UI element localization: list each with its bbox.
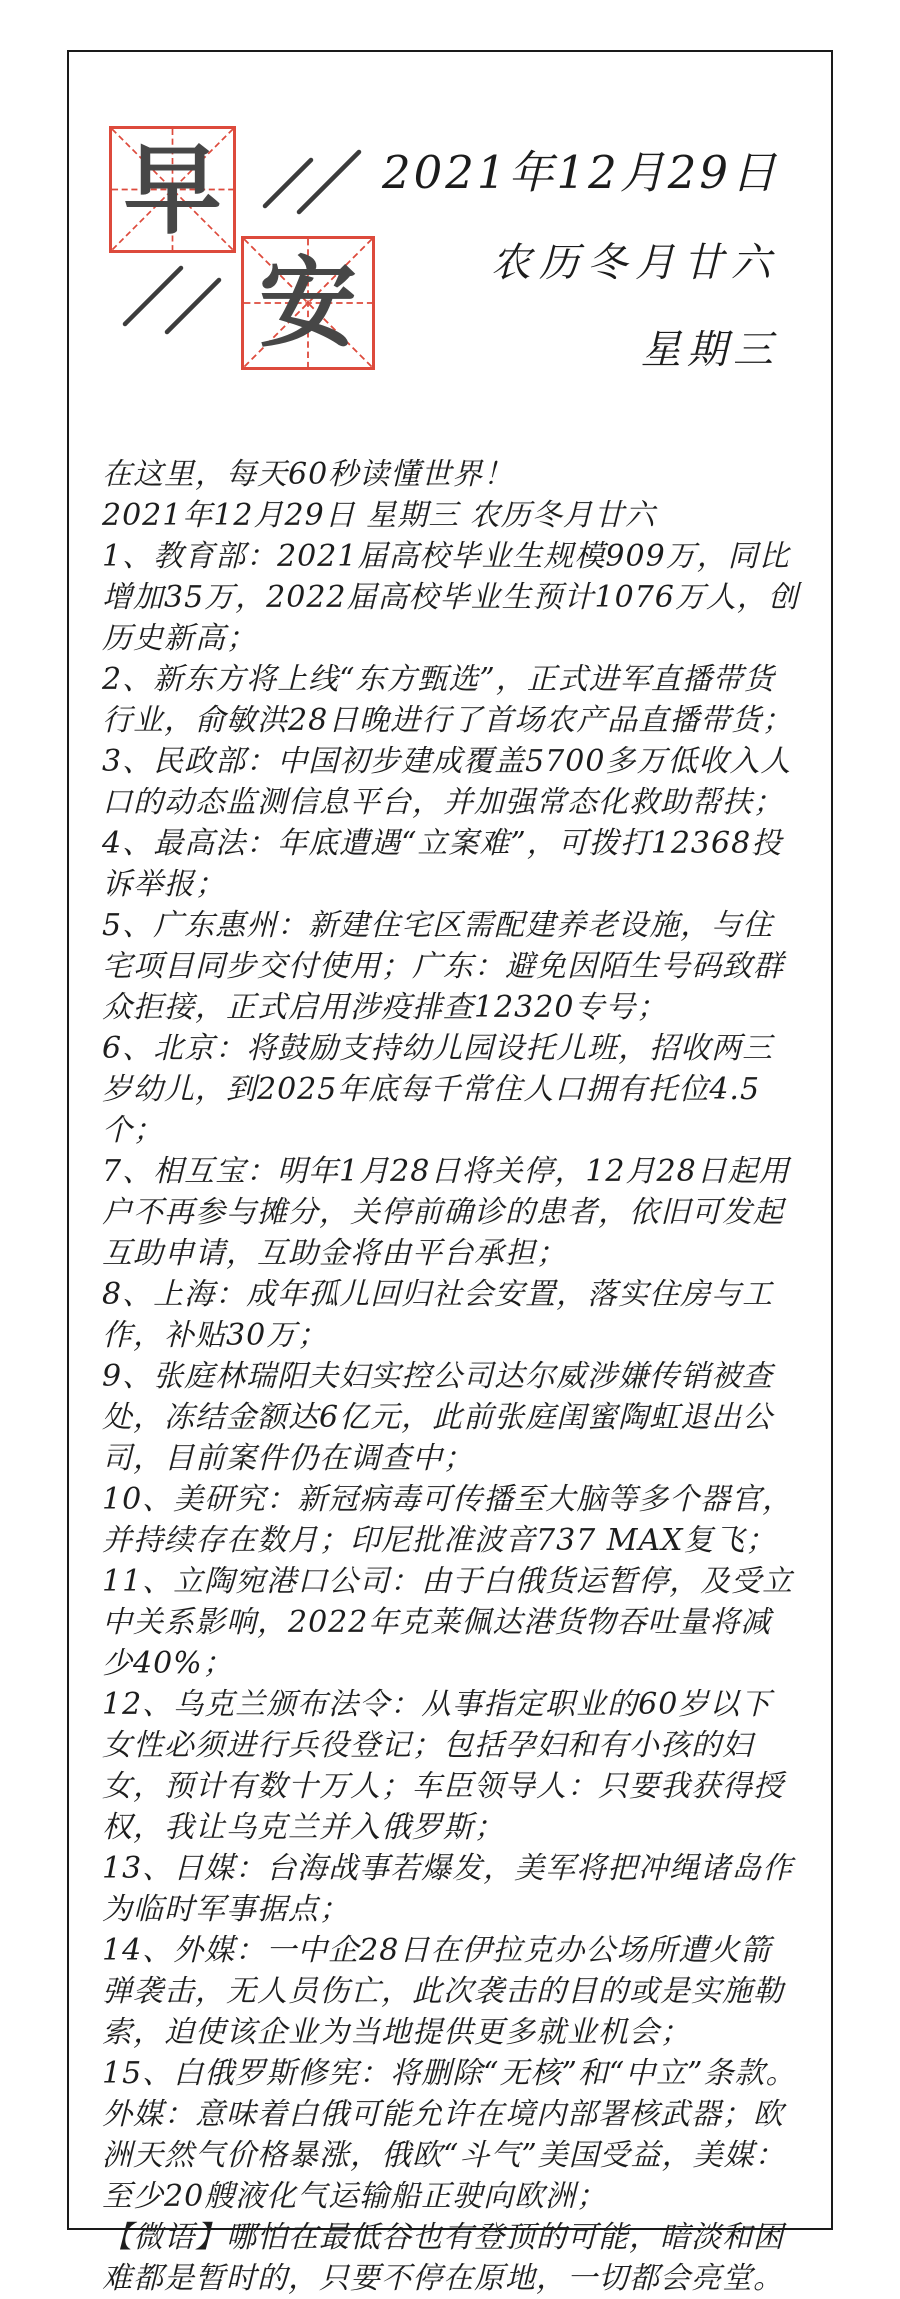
news-item: 9、张庭林瑞阳夫妇实控公司达尔威涉嫌传销被查处，冻结金额达6亿元，此前张庭闺蜜陶… (102, 1356, 802, 1479)
news-item: 15、白俄罗斯修宪：将删除“无核”和“中立”条款。外媒：意味着白俄可能允许在境内… (102, 2053, 802, 2217)
page-background: { "page": { "background": "#ffffff", "fr… (0, 0, 900, 2280)
logo-grid-box-an: 安 (241, 236, 375, 370)
news-item: 4、最高法：年底遭遇“立案难”，可拨打12368投诉举报； (102, 823, 802, 905)
page-border-frame: 早 安 2021年12月29日 农历冬月廿六 星期三 在这里，每天60秒读懂世界… (67, 50, 833, 2230)
date-line-gregorian: 2021年12月29日 (382, 136, 779, 201)
news-item: 10、美研究：新冠病毒可传播至大脑等多个器官，并持续存在数月；印尼批准波音737… (102, 1479, 802, 1561)
logo-char-an: 安 (244, 239, 372, 367)
logo-char-zao: 早 (112, 129, 233, 250)
news-item: 6、北京：将鼓励支持幼儿园设托儿班，招收两三岁幼儿，到2025年底每千常住人口拥… (102, 1028, 802, 1151)
news-item: 13、日媒：台海战事若爆发，美军将把冲绳诸岛作为临时军事据点； (102, 1848, 802, 1930)
news-item: 5、广东惠州：新建住宅区需配建养老设施，与住宅项目同步交付使用；广东：避免因陌生… (102, 905, 802, 1028)
news-item: 2、新东方将上线“东方甄选”，正式进军直播带货行业，俞敏洪28日晚进行了首场农产… (102, 659, 802, 741)
news-item: 1、教育部：2021届高校毕业生规模909万，同比增加35万，2022届高校毕业… (102, 536, 802, 659)
weiyu-line: 【微语】哪怕在最低谷也有登顶的可能，暗淡和困难都是暂时的，只要不停在原地，一切都… (102, 2217, 802, 2299)
double-slash-icon (115, 262, 235, 340)
date-line-weekday: 星期三 (641, 318, 779, 375)
logo-grid-box-zao: 早 (109, 126, 236, 253)
headline-date-line: 2021年12月29日 星期三 农历冬月廿六 (102, 495, 802, 536)
double-slash-icon (255, 144, 375, 222)
news-item: 8、上海：成年孤儿回归社会安置，落实住房与工作，补贴30万； (102, 1274, 802, 1356)
news-item: 11、立陶宛港口公司：由于白俄货运暂停，及受立中关系影响，2022年克莱佩达港货… (102, 1561, 802, 1684)
date-block: 2021年12月29日 农历冬月廿六 星期三 (382, 136, 779, 375)
news-item: 7、相互宝：明年1月28日将关停，12月28日起用户不再参与摊分，关停前确诊的患… (102, 1151, 802, 1274)
news-item: 12、乌克兰颁布法令：从事指定职业的60岁以下女性必须进行兵役登记；包括孕妇和有… (102, 1684, 802, 1848)
news-item: 3、民政部：中国初步建成覆盖5700多万低收入人口的动态监测信息平台，并加强常态… (102, 741, 802, 823)
date-line-lunar: 农历冬月廿六 (491, 231, 779, 288)
intro-line: 在这里，每天60秒读懂世界！ (102, 454, 802, 495)
news-body: 在这里，每天60秒读懂世界！ 2021年12月29日 星期三 农历冬月廿六 1、… (102, 454, 802, 2299)
news-item: 14、外媒：一中企28日在伊拉克办公场所遭火箭弹袭击，无人员伤亡，此次袭击的目的… (102, 1930, 802, 2053)
